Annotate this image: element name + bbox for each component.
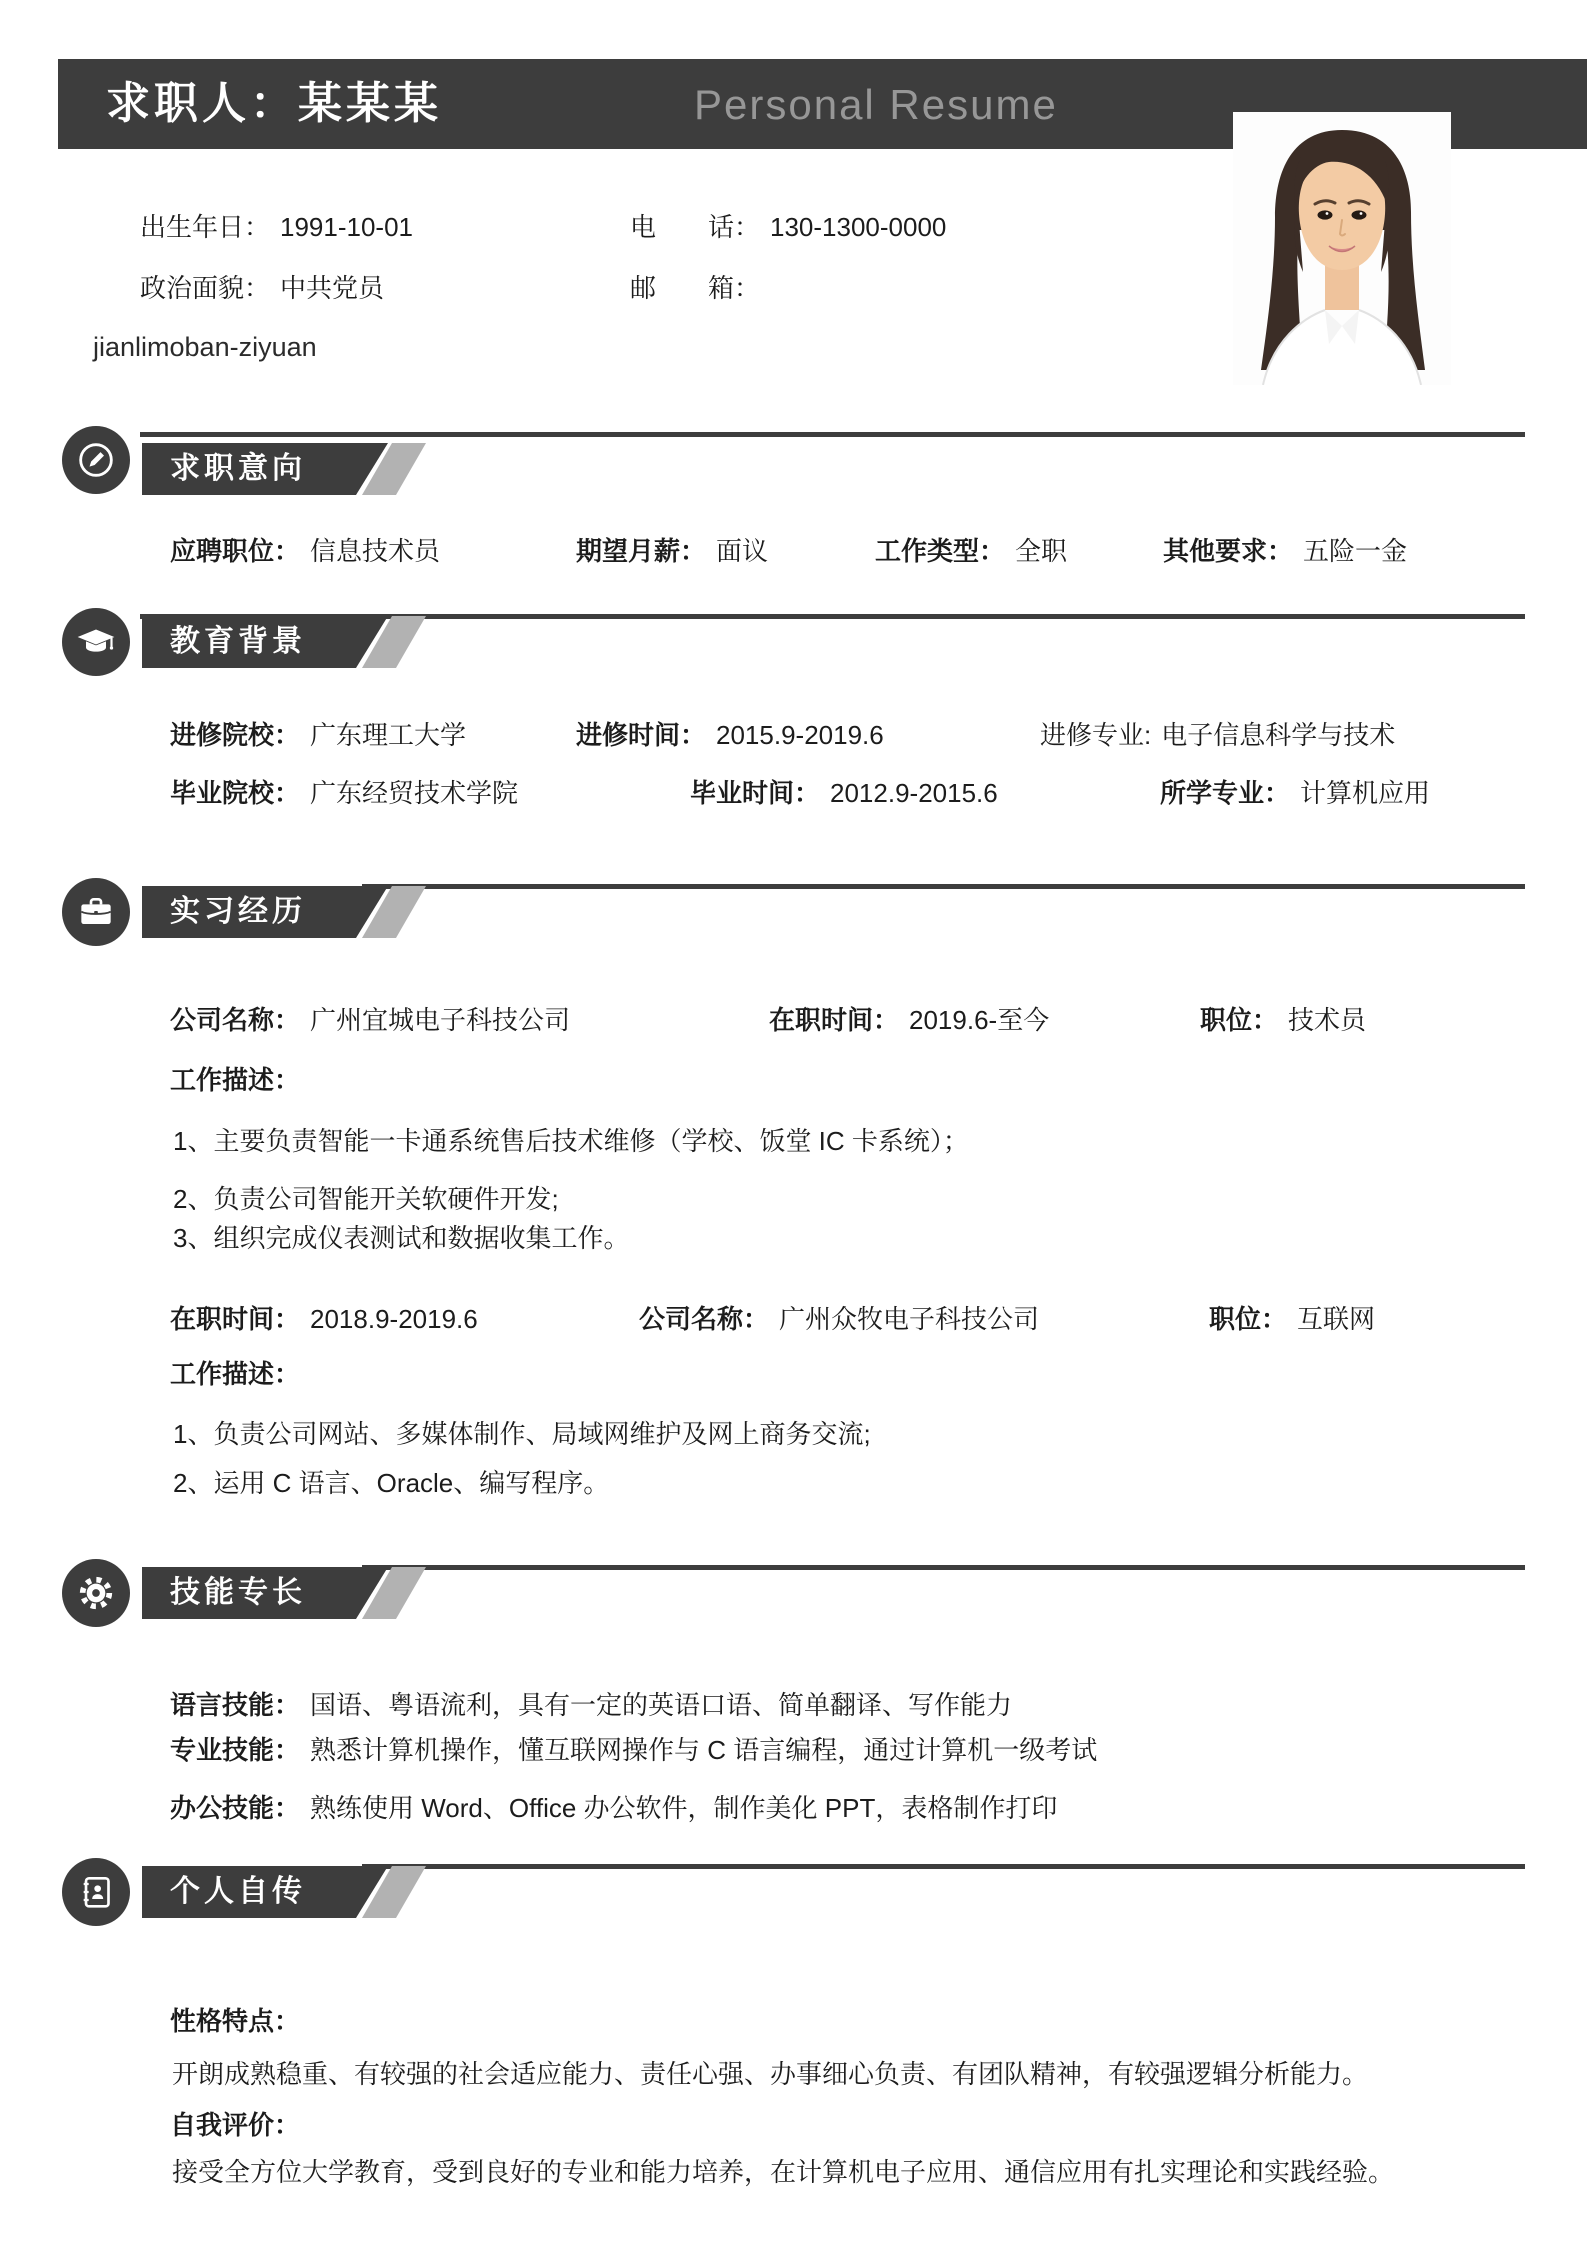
field-value: 熟悉计算机操作，懂互联网操作与 C 语言编程，通过计算机一级考试 bbox=[310, 1735, 1097, 1765]
field-value: 2019.6-至今 bbox=[909, 1005, 1049, 1035]
field-value: 电子信息科学与技术 bbox=[1161, 720, 1395, 750]
skill-office-field: 办公技能：熟练使用 Word、Office 办公软件，制作美化 PPT，表格制作… bbox=[170, 1793, 1057, 1823]
birth-label: 出生年日： bbox=[140, 212, 270, 242]
field-value: 全职 bbox=[1015, 536, 1067, 566]
birth-field: 出生年日：1991-10-01 bbox=[140, 212, 413, 242]
edu-time2-field: 进修时间：2015.9-2019.6 bbox=[576, 720, 884, 750]
field-value: 信息技术员 bbox=[310, 536, 440, 566]
graduation-cap-icon bbox=[62, 608, 130, 676]
field-label: 工作描述： bbox=[170, 1065, 300, 1095]
section-title-autobiography: 个人自传 bbox=[142, 1866, 388, 1918]
skill-language-field: 语言技能：国语、粤语流利，具有一定的英语口语、简单翻译、写作能力 bbox=[170, 1690, 1012, 1720]
field-label: 应聘职位： bbox=[170, 536, 300, 566]
personality-text: 开朗成熟稳重、有较强的社会适应能力、责任心强、办事细心负责、有团队精神，有较强逻… bbox=[172, 2057, 1368, 2091]
job2-company-field: 公司名称：广州众牧电子科技公司 bbox=[639, 1304, 1039, 1334]
job1-desc-label: 工作描述： bbox=[170, 1065, 300, 1095]
field-label: 在职时间： bbox=[170, 1304, 300, 1334]
field-value: 2012.9-2015.6 bbox=[830, 778, 998, 808]
field-value: 国语、粤语流利，具有一定的英语口语、简单翻译、写作能力 bbox=[310, 1690, 1012, 1720]
field-label: 毕业院校： bbox=[170, 778, 300, 808]
section-divider bbox=[362, 1565, 1525, 1570]
personality-label: 性格特点： bbox=[170, 2006, 300, 2036]
field-label: 公司名称： bbox=[639, 1304, 769, 1334]
briefcase-icon bbox=[62, 878, 130, 946]
section-title-skills: 技能专长 bbox=[142, 1567, 388, 1619]
watermark-text: jianlimoban-ziyuan bbox=[93, 332, 317, 363]
field-label: 期望月薪： bbox=[576, 536, 706, 566]
pencil-icon bbox=[62, 426, 130, 494]
field-value: 广东理工大学 bbox=[310, 720, 466, 750]
skill-professional-field: 专业技能：熟悉计算机操作，懂互联网操作与 C 语言编程，通过计算机一级考试 bbox=[170, 1735, 1097, 1765]
field-value: 技术员 bbox=[1288, 1005, 1366, 1035]
job2-period-field: 在职时间：2018.9-2019.6 bbox=[170, 1304, 478, 1334]
field-label: 其他要求： bbox=[1163, 536, 1293, 566]
section-title-education: 教育背景 bbox=[142, 616, 388, 668]
edu-time1-field: 毕业时间：2012.9-2015.6 bbox=[690, 778, 998, 808]
field-label: 进修院校： bbox=[170, 720, 300, 750]
phone-label: 电 话： bbox=[630, 212, 760, 242]
intent-other-field: 其他要求：五险一金 bbox=[1163, 536, 1407, 566]
phone-field: 电 话：130-1300-0000 bbox=[630, 212, 946, 242]
job2-desc-item: 1、负责公司网站、多媒体制作、局域网维护及网上商务交流; bbox=[173, 1417, 871, 1451]
job1-desc-item: 2、负责公司智能开关软硬件开发; bbox=[173, 1182, 559, 1216]
field-value: 广州宜城电子科技公司 bbox=[310, 1005, 570, 1035]
field-label: 公司名称： bbox=[170, 1005, 300, 1035]
field-label: 所学专业： bbox=[1160, 778, 1290, 808]
birth-value: 1991-10-01 bbox=[280, 212, 413, 242]
field-label: 语言技能： bbox=[170, 1690, 300, 1720]
political-field: 政治面貌：中共党员 bbox=[140, 273, 384, 303]
gear-icon bbox=[62, 1559, 130, 1627]
job1-period-field: 在职时间：2019.6-至今 bbox=[769, 1005, 1049, 1035]
field-label: 工作类型： bbox=[875, 536, 1005, 566]
job2-title-field: 职位：互联网 bbox=[1209, 1304, 1375, 1334]
portrait-illustration bbox=[1233, 112, 1451, 385]
id-book-icon bbox=[62, 1858, 130, 1926]
field-label: 职位： bbox=[1209, 1304, 1287, 1334]
page-subtitle: Personal Resume bbox=[694, 59, 1058, 149]
intent-salary-field: 期望月薪：面议 bbox=[576, 536, 768, 566]
job1-desc-item: 3、组织完成仪表测试和数据收集工作。 bbox=[173, 1221, 629, 1255]
field-value: 2018.9-2019.6 bbox=[310, 1304, 478, 1334]
job1-desc-item: 1、主要负责智能一卡通系统售后技术维修（学校、饭堂 IC 卡系统）； bbox=[173, 1124, 969, 1158]
job2-desc-label: 工作描述： bbox=[170, 1359, 300, 1389]
field-value: 2015.9-2019.6 bbox=[716, 720, 884, 750]
field-value: 互联网 bbox=[1297, 1304, 1375, 1334]
page-title: 求职人：某某某 bbox=[106, 59, 442, 149]
field-label: 性格特点： bbox=[170, 2006, 300, 2036]
edu-school1-field: 毕业院校：广东经贸技术学院 bbox=[170, 778, 518, 808]
political-value: 中共党员 bbox=[280, 273, 384, 303]
field-value: 面议 bbox=[716, 536, 768, 566]
field-label: 进修时间： bbox=[576, 720, 706, 750]
section-divider bbox=[362, 884, 1525, 889]
self-evaluation-text: 接受全方位大学教育，受到良好的专业和能力培养，在计算机电子应用、通信应用有扎实理… bbox=[172, 2155, 1394, 2189]
field-value: 广州众牧电子科技公司 bbox=[779, 1304, 1039, 1334]
field-label: 进修专业: bbox=[1040, 720, 1151, 750]
field-value: 广东经贸技术学院 bbox=[310, 778, 518, 808]
field-label: 办公技能： bbox=[170, 1793, 300, 1823]
profile-photo bbox=[1233, 112, 1451, 385]
field-value: 五险一金 bbox=[1303, 536, 1407, 566]
section-title-intent: 求职意向 bbox=[142, 443, 388, 495]
resume-page: 求职人：某某某 Personal Resume bbox=[0, 0, 1587, 2245]
section-title-experience: 实习经历 bbox=[142, 886, 388, 938]
field-label: 在职时间： bbox=[769, 1005, 899, 1035]
self-evaluation-label: 自我评价： bbox=[170, 2110, 300, 2140]
edu-major2-field: 进修专业:电子信息科学与技术 bbox=[1040, 720, 1395, 750]
job2-desc-item: 2、运用 C 语言、Oracle、编写程序。 bbox=[173, 1466, 609, 1500]
intent-jobtype-field: 工作类型：全职 bbox=[875, 536, 1067, 566]
field-label: 工作描述： bbox=[170, 1359, 300, 1389]
edu-major1-field: 所学专业：计算机应用 bbox=[1160, 778, 1430, 808]
field-value: 计算机应用 bbox=[1300, 778, 1430, 808]
email-label: 邮 箱： bbox=[630, 273, 760, 303]
intent-position-field: 应聘职位：信息技术员 bbox=[170, 536, 440, 566]
phone-value: 130-1300-0000 bbox=[770, 212, 946, 242]
section-divider bbox=[140, 432, 1525, 437]
edu-school2-field: 进修院校：广东理工大学 bbox=[170, 720, 466, 750]
job1-company-field: 公司名称：广州宜城电子科技公司 bbox=[170, 1005, 570, 1035]
field-label: 毕业时间： bbox=[690, 778, 820, 808]
job1-title-field: 职位：技术员 bbox=[1200, 1005, 1366, 1035]
section-divider bbox=[362, 1864, 1525, 1869]
email-field: 邮 箱： bbox=[630, 273, 770, 303]
field-label: 专业技能： bbox=[170, 1735, 300, 1765]
field-label: 自我评价： bbox=[170, 2110, 300, 2140]
field-value: 熟练使用 Word、Office 办公软件，制作美化 PPT，表格制作打印 bbox=[310, 1793, 1057, 1823]
field-label: 职位： bbox=[1200, 1005, 1278, 1035]
political-label: 政治面貌： bbox=[140, 273, 270, 303]
